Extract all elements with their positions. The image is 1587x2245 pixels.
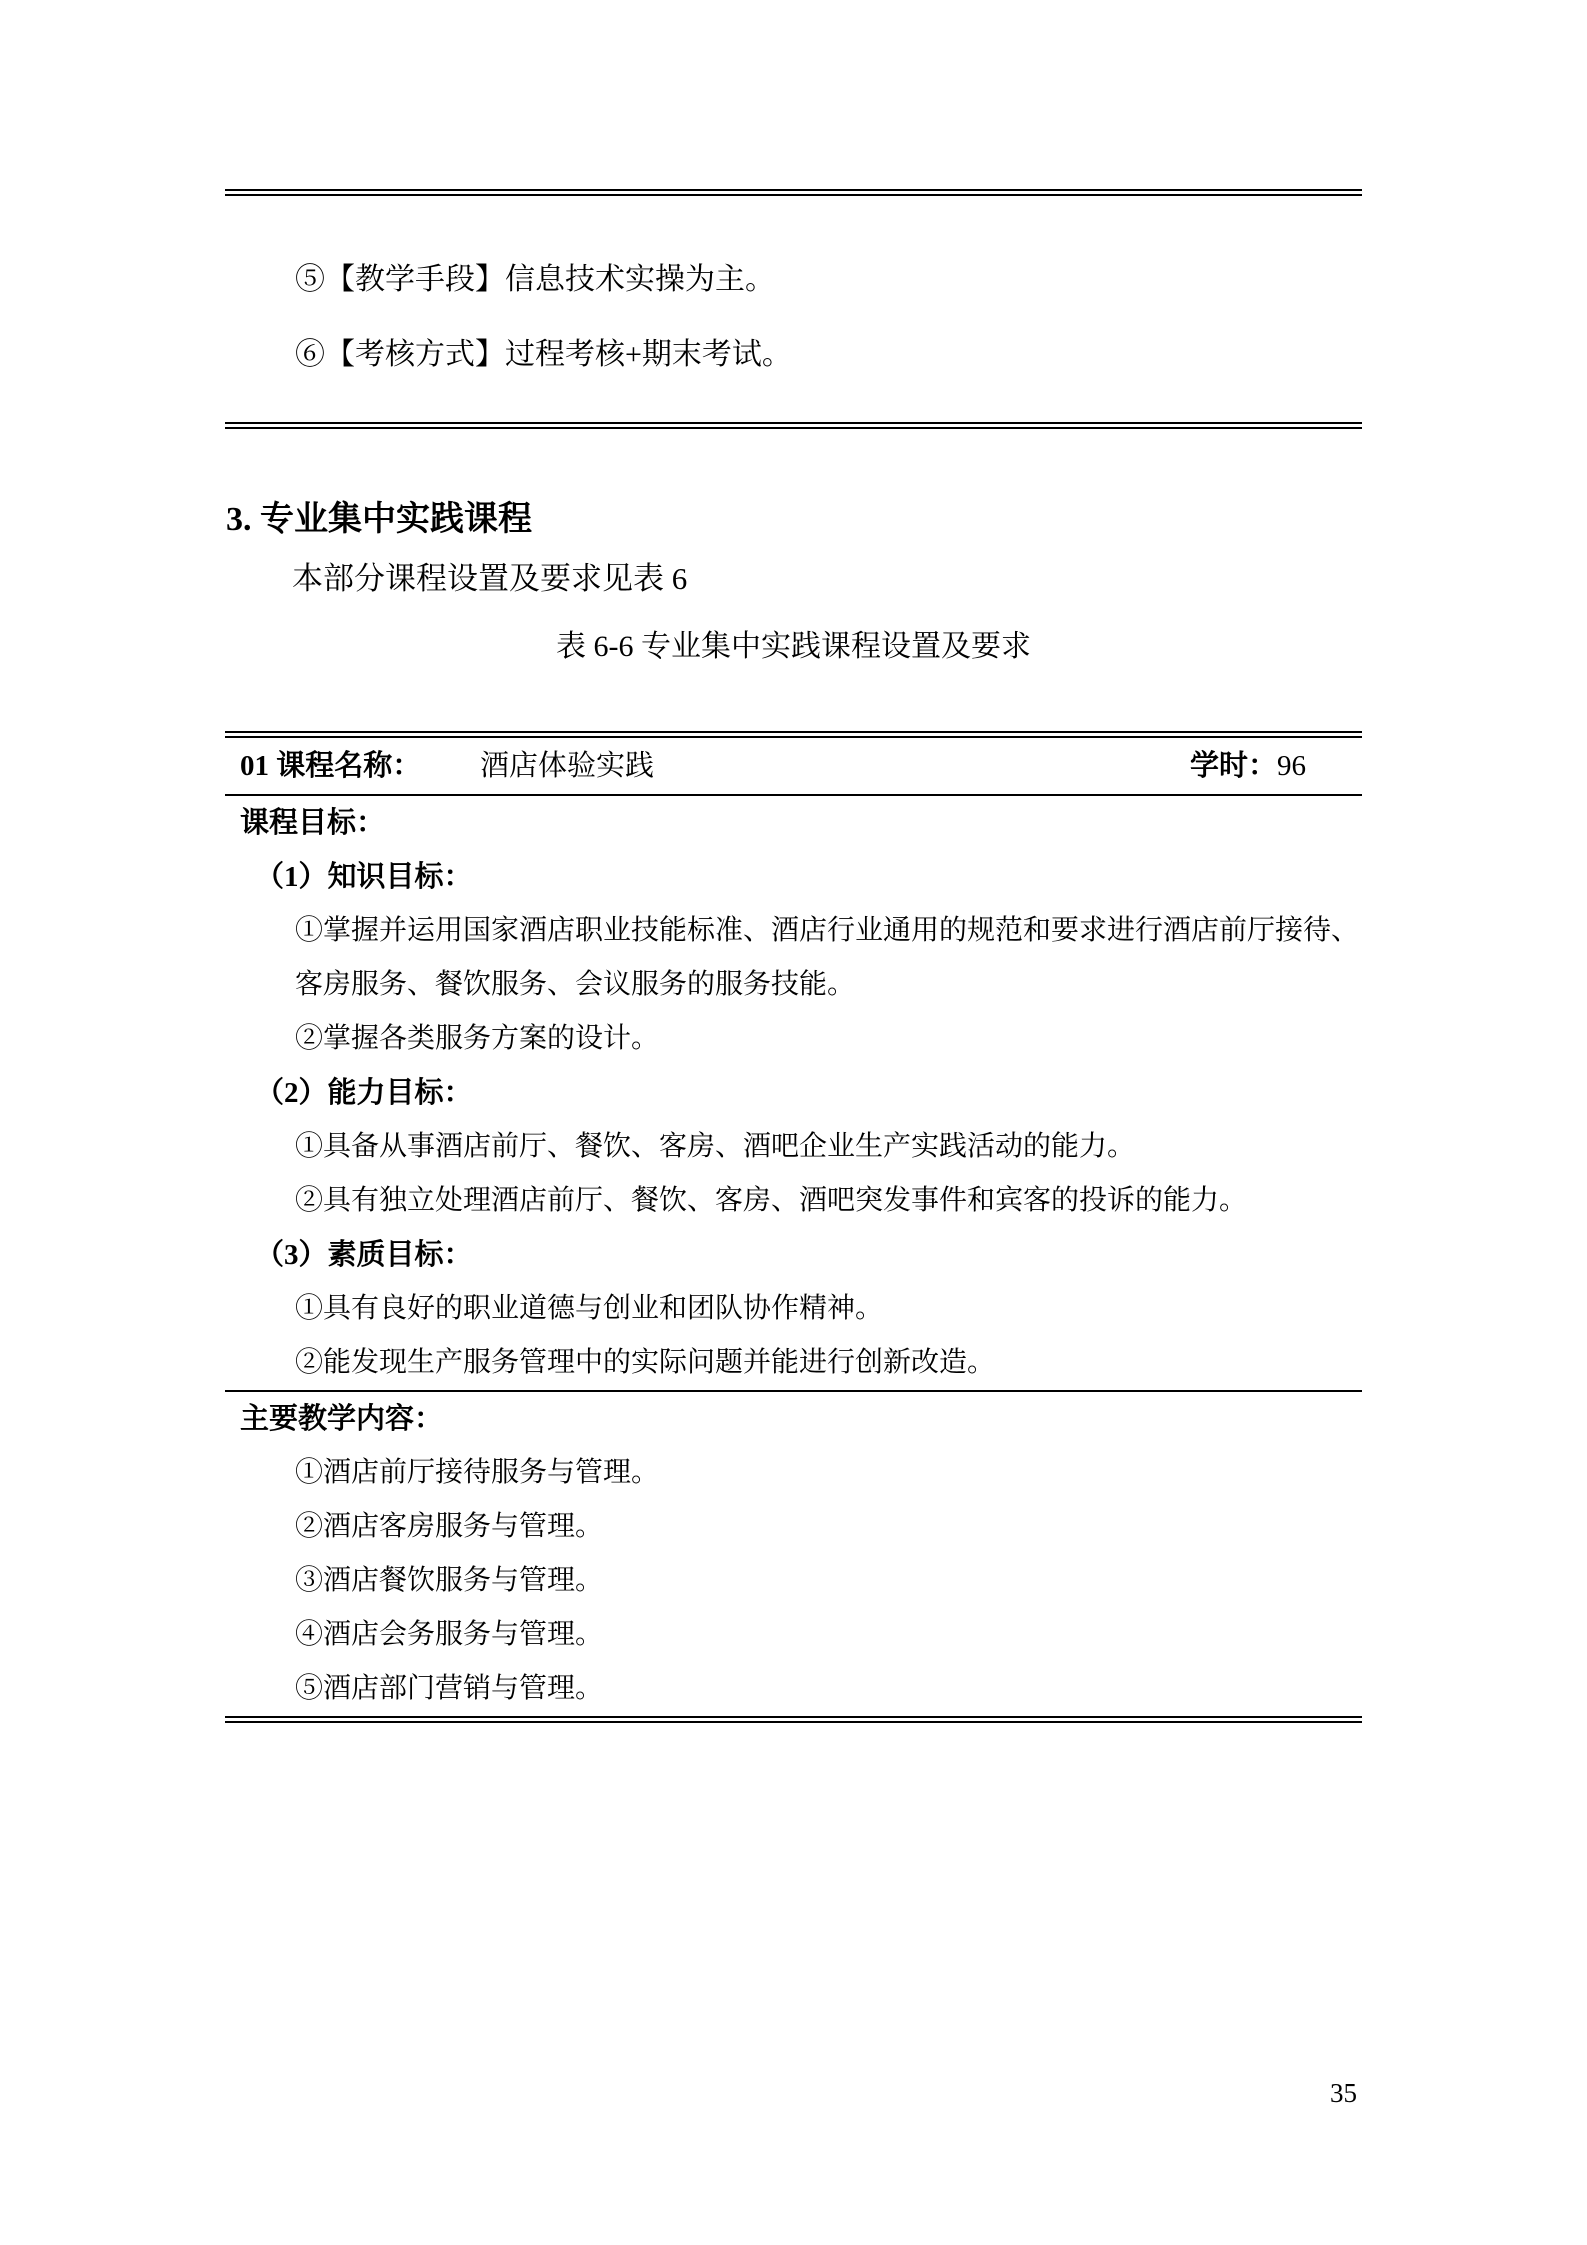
section-heading: 3. 专业集中实践课程: [226, 500, 532, 540]
course-name-value: 酒店体验实践: [480, 738, 654, 794]
document-page: { "prev_table_continuation": { "line1": …: [0, 0, 1587, 2245]
course-table-bottom-rule: [225, 1716, 1362, 1723]
course-name-label: 01 课程名称：: [240, 738, 421, 794]
table-caption: 表 6-6 专业集中实践课程设置及要求: [225, 628, 1362, 666]
content-item-5: ⑤酒店部门营销与管理。: [225, 1662, 1362, 1716]
course-header-row: 01 课程名称： 酒店体验实践 学时：96: [225, 738, 1362, 794]
content-item-2: ②酒店客房服务与管理。: [225, 1500, 1362, 1554]
content-item-4: ④酒店会务服务与管理。: [225, 1608, 1362, 1662]
course-table: 01 课程名称： 酒店体验实践 学时：96 课程目标： （1）知识目标： ①掌握…: [225, 731, 1362, 1723]
course-objectives-body: 课程目标： （1）知识目标： ①掌握并运用国家酒店职业技能标准、酒店行业通用的规…: [225, 796, 1362, 1390]
course-table-top-rule: [225, 731, 1362, 738]
course-hours: 学时：96: [1190, 738, 1306, 794]
objective-item-2-1: ①具备从事酒店前厅、餐饮、客房、酒吧企业生产实践活动的能力。: [225, 1120, 1362, 1174]
prev-table-bottom-rule: [225, 422, 1362, 429]
objective-item-2-2: ②具有独立处理酒店前厅、餐饮、客房、酒吧突发事件和宾客的投诉的能力。: [225, 1174, 1362, 1228]
content-item-3: ③酒店餐饮服务与管理。: [225, 1554, 1362, 1608]
prev-table-line-teaching-method: ⑤【教学手段】信息技术实操为主。: [295, 262, 775, 298]
page-number: 35: [1330, 2078, 1357, 2108]
objectives-title: 课程目标：: [225, 796, 1362, 850]
hours-label: 学时：: [1190, 750, 1277, 782]
hours-value: 96: [1277, 750, 1306, 782]
prev-table-top-rule: [225, 189, 1362, 196]
section-intro-text: 本部分课程设置及要求见表 6: [292, 560, 687, 598]
objective-group-2-label: （2）能力目标：: [225, 1066, 1362, 1120]
objective-item-1-2: ②掌握各类服务方案的设计。: [225, 1012, 1362, 1066]
objective-item-3-2: ②能发现生产服务管理中的实际问题并能进行创新改造。: [225, 1336, 1362, 1390]
prev-table-line-assessment: ⑥【考核方式】过程考核+期末考试。: [295, 337, 792, 373]
objective-group-3-label: （3）素质目标：: [225, 1228, 1362, 1282]
objective-item-3-1: ①具有良好的职业道德与创业和团队协作精神。: [225, 1282, 1362, 1336]
content-title: 主要教学内容：: [225, 1392, 1362, 1446]
content-item-1: ①酒店前厅接待服务与管理。: [225, 1446, 1362, 1500]
objective-group-1-label: （1）知识目标：: [225, 850, 1362, 904]
objective-item-1-1: ①掌握并运用国家酒店职业技能标准、酒店行业通用的规范和要求进行酒店前厅接待、客房…: [225, 904, 1362, 1012]
course-content-body: 主要教学内容： ①酒店前厅接待服务与管理。 ②酒店客房服务与管理。 ③酒店餐饮服…: [225, 1392, 1362, 1716]
